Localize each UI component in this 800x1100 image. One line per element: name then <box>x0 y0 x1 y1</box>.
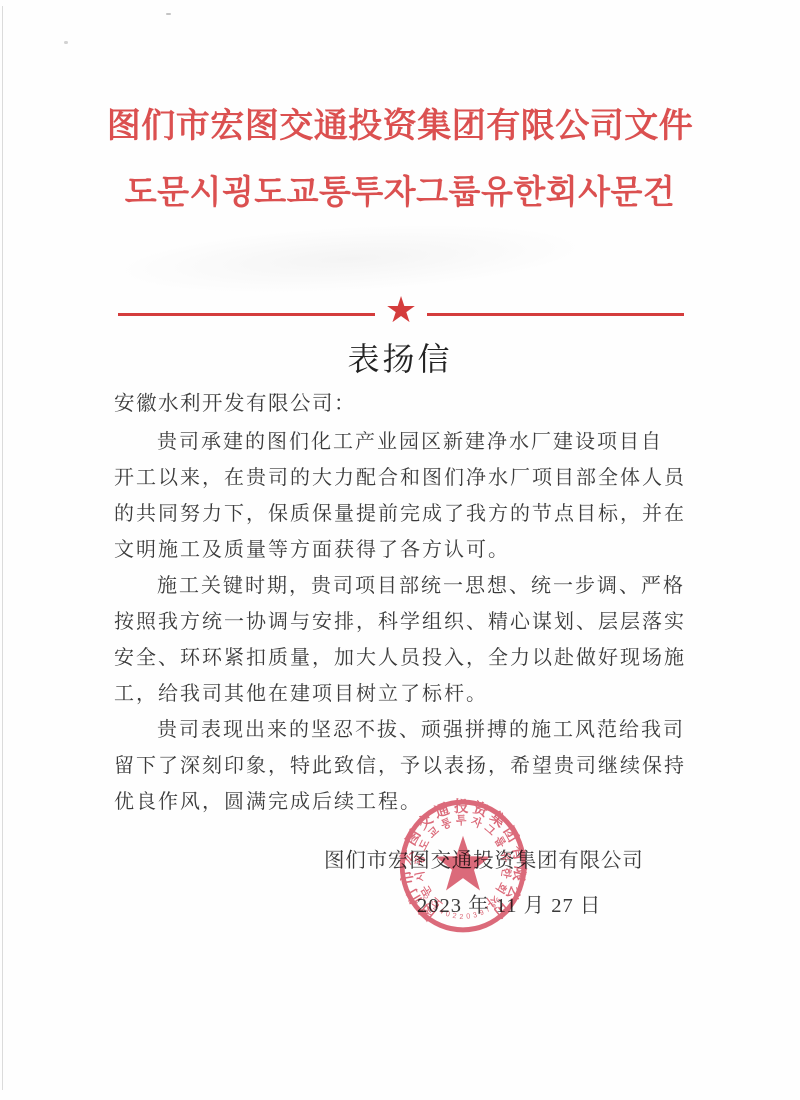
body-line: 文明施工及质量等方面获得了各方认可。 <box>114 532 692 568</box>
scan-speck <box>64 41 68 44</box>
body-line: 工，给我司其他在建项目树立了标杆。 <box>114 676 692 712</box>
body-line: 开工以来，在贵司的大力配合和图们净水厂项目部全体人员 <box>114 460 692 496</box>
star-divider: ★ <box>118 296 684 332</box>
body-paragraphs: 贵司承建的图们化工产业园区新建净水厂建设项目自开工以来，在贵司的大力配合和图们净… <box>114 424 692 820</box>
scan-speck <box>166 13 171 15</box>
salutation: 安徽水利开发有限公司： <box>114 386 356 416</box>
body-line: 按照我方统一协调与安排，科学组织、精心谋划、层层落实 <box>114 604 692 640</box>
body-line: 施工关键时期，贵司项目部统一思想、统一步调、严格 <box>114 568 692 604</box>
body-line: 留下了深刻印象，特此致信，予以表扬，希望贵司继续保持 <box>114 748 692 784</box>
body-line: 贵司承建的图们化工产业园区新建净水厂建设项目自 <box>114 424 692 460</box>
seal-star-icon <box>436 836 491 891</box>
letterhead-korean: 도문시굉도교통투자그룹유한회사문건 <box>0 166 800 213</box>
seal-graphic: 图们市宏图交通投资集团有限公司 도문시굉도교통투자그룹유한회사 22240220… <box>383 782 543 950</box>
company-seal: 图们市宏图交通投资集团有限公司 도문시굉도교통투자그룹유한회사 22240220… <box>383 782 543 950</box>
divider-rule-left <box>118 313 375 316</box>
scan-smudge <box>109 213 592 304</box>
document-title: 表扬信 <box>0 334 800 380</box>
letterhead-chinese: 图们市宏图交通投资集团有限公司文件 <box>0 98 800 147</box>
body-line: 安全、环环紧扣质量，加大人员投入，全力以赴做好现场施 <box>114 640 692 676</box>
star-icon: ★ <box>385 293 417 329</box>
body-line: 贵司表现出来的坚忍不拔、顽强拼搏的施工风范给我司 <box>114 712 692 748</box>
body-line: 的共同努力下，保质保量提前完成了我方的节点目标，并在 <box>114 496 692 532</box>
scanned-document-page: 图们市宏图交通投资集团有限公司文件 도문시굉도교통투자그룹유한회사문건 ★ 表扬… <box>0 0 800 1100</box>
divider-rule-right <box>427 313 684 316</box>
